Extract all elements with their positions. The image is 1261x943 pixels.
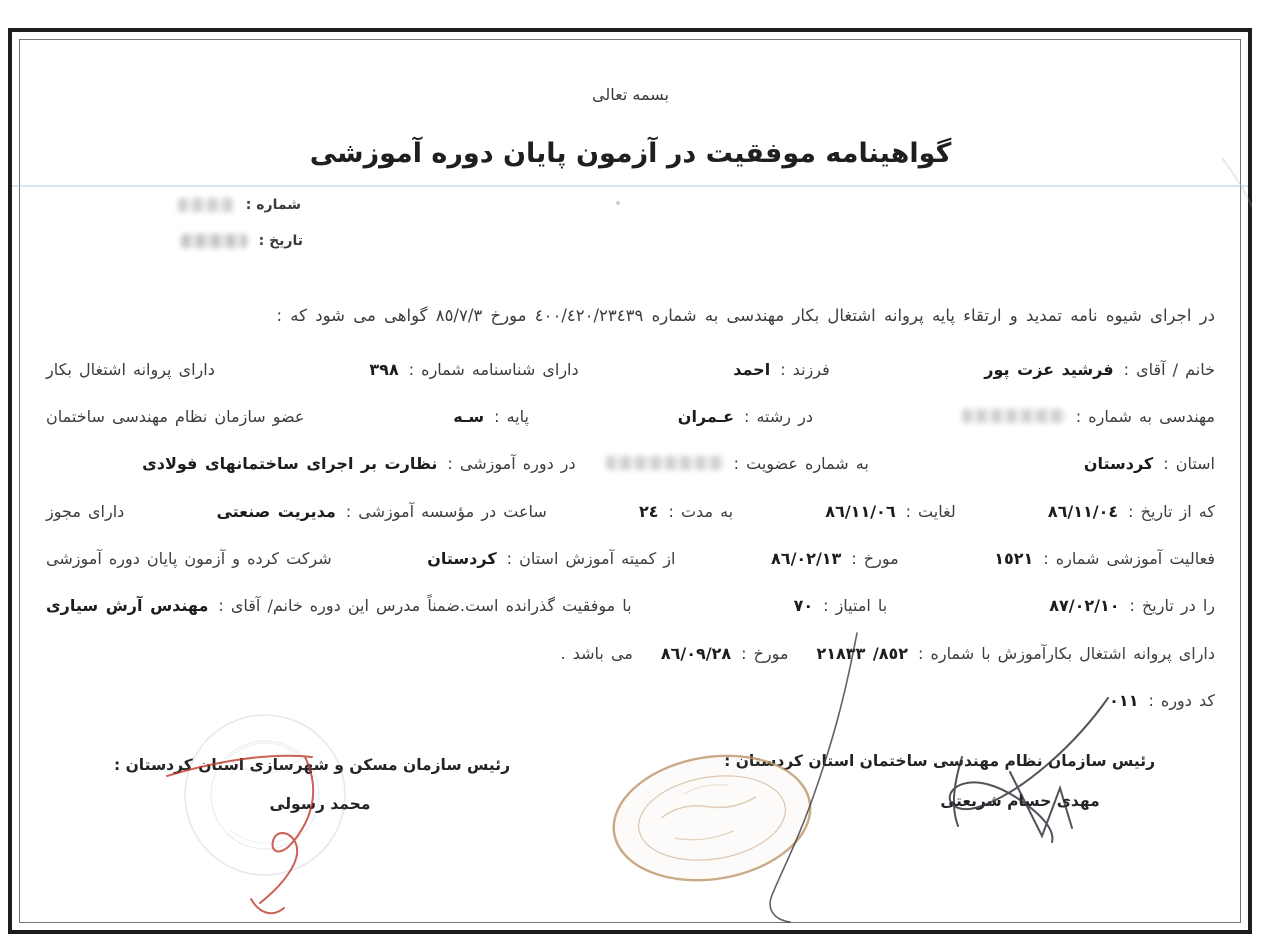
bismillah-text: بسمه تعالی — [0, 85, 1261, 104]
field-label: به شماره عضویت : — [734, 454, 869, 473]
score-field: با امتیاز : ٧٠ — [794, 596, 888, 615]
field-label: مورخ : — [741, 644, 788, 663]
continuation-text: شرکت کرده و آزمون پایان دوره آموزشی — [46, 549, 332, 568]
field-value: نظارت بر اجرای ساختمانهای فولادی — [142, 454, 437, 473]
field-label: با موفقیت گذرانده است.ضمناً مدرس این دور… — [218, 596, 631, 615]
field-label: خانم / آقای : — [1124, 360, 1215, 379]
field-value: عـمران — [678, 407, 734, 426]
field-label: شرکت کرده و آزمون پایان دوره آموزشی — [46, 549, 332, 568]
signature-title-right: رئیس سازمان نظام مهندسی ساختمان استان کر… — [745, 752, 1155, 770]
field-value: ٨٦/١١/٠٤ — [1048, 502, 1118, 521]
id-number-field: دارای شناسنامه شماره : ٣٩٨ — [369, 360, 578, 379]
redacted-membership-number — [606, 456, 724, 470]
intro-paragraph: در اجرای شیوه نامه تمدید و ارتقاء پایه پ… — [46, 306, 1215, 325]
signature-title-left: رئیس سازمان مسکن و شهرسازی استان کردستان… — [150, 756, 510, 774]
redacted-license-number — [962, 409, 1066, 423]
certificate-title: گواهینامه موفقیت در آزمون پایان دوره آمو… — [0, 138, 1261, 169]
form-row-3: استان : کردستان به شماره عضویت : در دوره… — [46, 450, 1215, 476]
field-value: ٧٠ — [794, 596, 814, 615]
certificate-page: بسمه تعالی گواهینامه موفقیت در آزمون پای… — [0, 0, 1261, 943]
field-label: لغایت : — [906, 502, 956, 521]
field-value: ٠١١ — [1109, 691, 1138, 710]
continuation-text: دارای مجوز — [46, 502, 124, 521]
form-row-6: را در تاریخ : ٨٧/٠٢/١٠ با امتیاز : ٧٠ با… — [46, 592, 1215, 618]
continuation-text: عضو سازمان نظام مهندسی ساختمان — [46, 407, 304, 426]
form-row-2: مهندسی به شماره : در رشته : عـمران پایه … — [46, 403, 1215, 429]
signature-name-right: مهدی حسام شریعتی — [880, 792, 1160, 810]
signature-name-left: محمد رسولی — [180, 795, 460, 813]
course-name-field: در دوره آموزشی : نظارت بر اجرای ساختمانه… — [142, 454, 576, 473]
field-value: کردستان — [1084, 454, 1153, 473]
end-date-field: لغایت : ٨٦/١١/٠٦ — [825, 502, 955, 521]
course-code-field: کد دوره : ٠١١ — [1109, 691, 1215, 710]
redacted-date-value — [181, 234, 247, 248]
field-value: ٣٩٨ — [369, 360, 398, 379]
teaching-license-date-field: مورخ : ٨٦/٠٩/٢٨ — [661, 644, 789, 663]
field-value: ٨٦/٠٢/١٣ — [771, 549, 841, 568]
field-label: از کمیته آموزش استان : — [507, 549, 676, 568]
field-label: در دوره آموزشی : — [447, 454, 575, 473]
date-field: تاریخ : — [181, 233, 303, 249]
form-row-1: خانم / آقای : فرشید عزت پور فرزند : احمد… — [46, 356, 1215, 382]
field-value: فرشید عزت پور — [984, 360, 1113, 379]
applicant-name-field: خانم / آقای : فرشید عزت پور — [984, 360, 1215, 379]
father-name-field: فرزند : احمد — [733, 360, 830, 379]
field-label: با امتیاز : — [823, 596, 887, 615]
field-value: ١٥٢١ — [994, 549, 1033, 568]
field-value: ٨٧/٠٢/١٠ — [1049, 596, 1119, 615]
field-label: دارای پروانه اشتغال بکارآموزش با شماره : — [918, 644, 1215, 663]
instructor-field: با موفقیت گذرانده است.ضمناً مدرس این دور… — [46, 596, 632, 615]
field-label: دارای پروانه اشتغال بکار — [46, 360, 215, 379]
field-label: استان : — [1163, 454, 1215, 473]
major-field: در رشته : عـمران — [678, 407, 813, 426]
committee-province-field: از کمیته آموزش استان : کردستان — [427, 549, 675, 568]
field-value: احمد — [733, 360, 770, 379]
serial-number-field: شماره : — [178, 197, 301, 213]
field-label: دارای شناسنامه شماره : — [409, 360, 579, 379]
field-label: عضو سازمان نظام مهندسی ساختمان — [46, 407, 304, 426]
form-row-4: که از تاریخ : ٨٦/١١/٠٤ لغایت : ٨٦/١١/٠٦ … — [46, 498, 1215, 524]
field-label: به مدت : — [669, 502, 734, 521]
continuation-text: می باشد . — [561, 644, 633, 663]
field-label: دارای مجوز — [46, 502, 124, 521]
membership-number-field: به شماره عضویت : — [606, 454, 869, 473]
field-label: ساعت در مؤسسه آموزشی : — [346, 502, 547, 521]
activity-date-field: مورخ : ٨٦/٠٢/١٣ — [771, 549, 899, 568]
redacted-serial-value — [178, 198, 234, 212]
activity-number-field: فعالیت آموزشی شماره : ١٥٢١ — [994, 549, 1215, 568]
field-label: کد دوره : — [1148, 691, 1215, 710]
field-label: در رشته : — [744, 407, 813, 426]
field-value: ٨٦/٠٩/٢٨ — [661, 644, 731, 663]
form-row-5: فعالیت آموزشی شماره : ١٥٢١ مورخ : ٨٦/٠٢/… — [46, 545, 1215, 571]
field-label: می باشد . — [561, 644, 633, 663]
field-value: مهندس آرش سیاری — [46, 596, 208, 615]
field-value: ٨٦/١١/٠٦ — [825, 502, 895, 521]
form-row-7: دارای پروانه اشتغال بکارآموزش با شماره :… — [46, 640, 1215, 666]
field-label: مورخ : — [851, 549, 898, 568]
field-label: فرزند : — [780, 360, 830, 379]
field-label: که از تاریخ : — [1128, 502, 1215, 521]
field-value: ٢٤ — [639, 502, 659, 521]
duration-field: به مدت : ٢٤ — [639, 502, 733, 521]
field-value: ٨٥٢/ ٢١٨٣٣ — [817, 644, 909, 663]
form-row-8: کد دوره : ٠١١ — [46, 687, 1215, 713]
scan-artifact-line — [12, 185, 1248, 187]
start-date-field: که از تاریخ : ٨٦/١١/٠٤ — [1048, 502, 1215, 521]
institute-field: ساعت در مؤسسه آموزشی : مدیریت صنعتی — [216, 502, 546, 521]
field-value: سـه — [453, 407, 484, 426]
teaching-license-field: دارای پروانه اشتغال بکارآموزش با شماره :… — [817, 644, 1216, 663]
license-number-field: مهندسی به شماره : — [962, 407, 1215, 426]
field-label: را در تاریخ : — [1129, 596, 1215, 615]
field-label: پایه : — [494, 407, 529, 426]
field-label: فعالیت آموزشی شماره : — [1043, 549, 1215, 568]
province-field: استان : کردستان — [1084, 454, 1215, 473]
field-value: مدیریت صنعتی — [216, 502, 335, 521]
inner-border — [19, 39, 1241, 923]
continuation-text: دارای پروانه اشتغال بکار — [46, 360, 215, 379]
date-label: تاریخ : — [259, 233, 303, 249]
field-value: کردستان — [427, 549, 496, 568]
exam-date-field: را در تاریخ : ٨٧/٠٢/١٠ — [1049, 596, 1215, 615]
field-label: مهندسی به شماره : — [1076, 407, 1215, 426]
grade-field: پایه : سـه — [453, 407, 529, 426]
serial-number-label: شماره : — [246, 197, 301, 213]
